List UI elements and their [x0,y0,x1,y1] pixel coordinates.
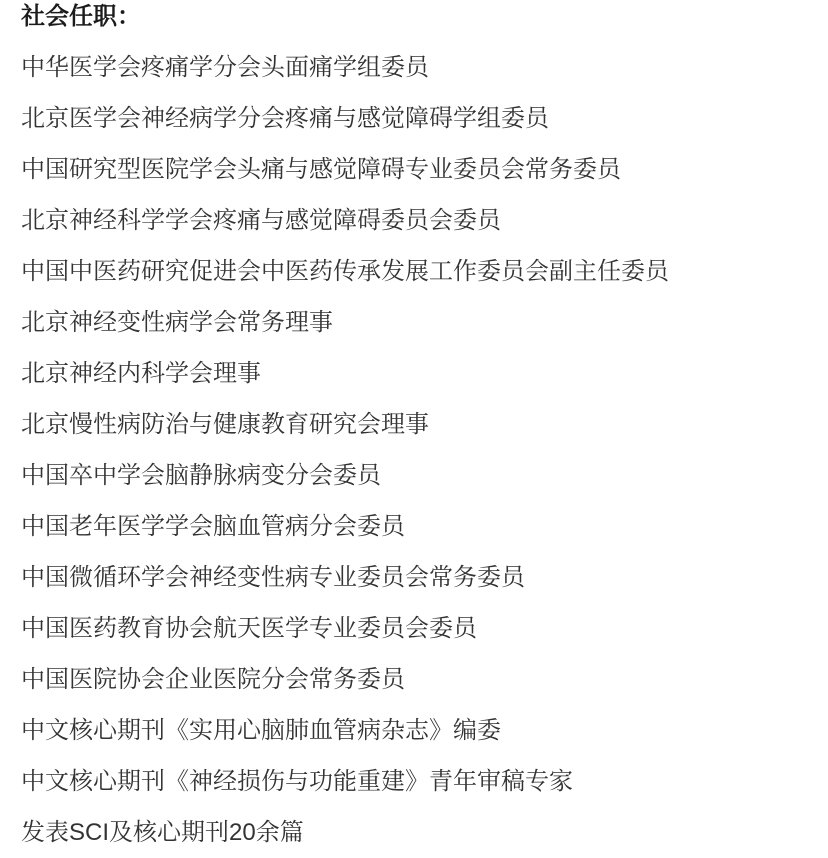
list-item: 中国微循环学会神经变性病专业委员会常务委员 [21,564,808,592]
list-item: 北京神经科学学会疼痛与感觉障碍委员会委员 [21,207,808,235]
list-item: 中文核心期刊《实用心脑肺血管病杂志》编委 [21,717,808,745]
list-item: 中国医院协会企业医院分会常务委员 [21,666,808,694]
list-item: 发表SCI及核心期刊20余篇 [21,819,808,847]
list-item: 中华医学会疼痛学分会头面痛学组委员 [21,54,808,82]
list-item: 中国医药教育协会航天医学专业委员会委员 [21,615,808,643]
section-heading: 社会任职： [21,3,808,31]
list-item: 中国卒中学会脑静脉病变分会委员 [21,462,808,490]
list-item: 中国老年医学学会脑血管病分会委员 [21,513,808,541]
list-item: 北京医学会神经病学分会疼痛与感觉障碍学组委员 [21,105,808,133]
list-item: 北京神经内科学会理事 [21,360,808,388]
list-item: 中国研究型医院学会头痛与感觉障碍专业委员会常务委员 [21,156,808,184]
social-appointments-section: 社会任职： 中华医学会疼痛学分会头面痛学组委员 北京医学会神经病学分会疼痛与感觉… [0,3,828,847]
list-item: 中国中医药研究促进会中医药传承发展工作委员会副主任委员 [21,258,808,286]
list-item: 中文核心期刊《神经损伤与功能重建》青年审稿专家 [21,768,808,796]
list-item: 北京慢性病防治与健康教育研究会理事 [21,411,808,439]
list-item: 北京神经变性病学会常务理事 [21,309,808,337]
